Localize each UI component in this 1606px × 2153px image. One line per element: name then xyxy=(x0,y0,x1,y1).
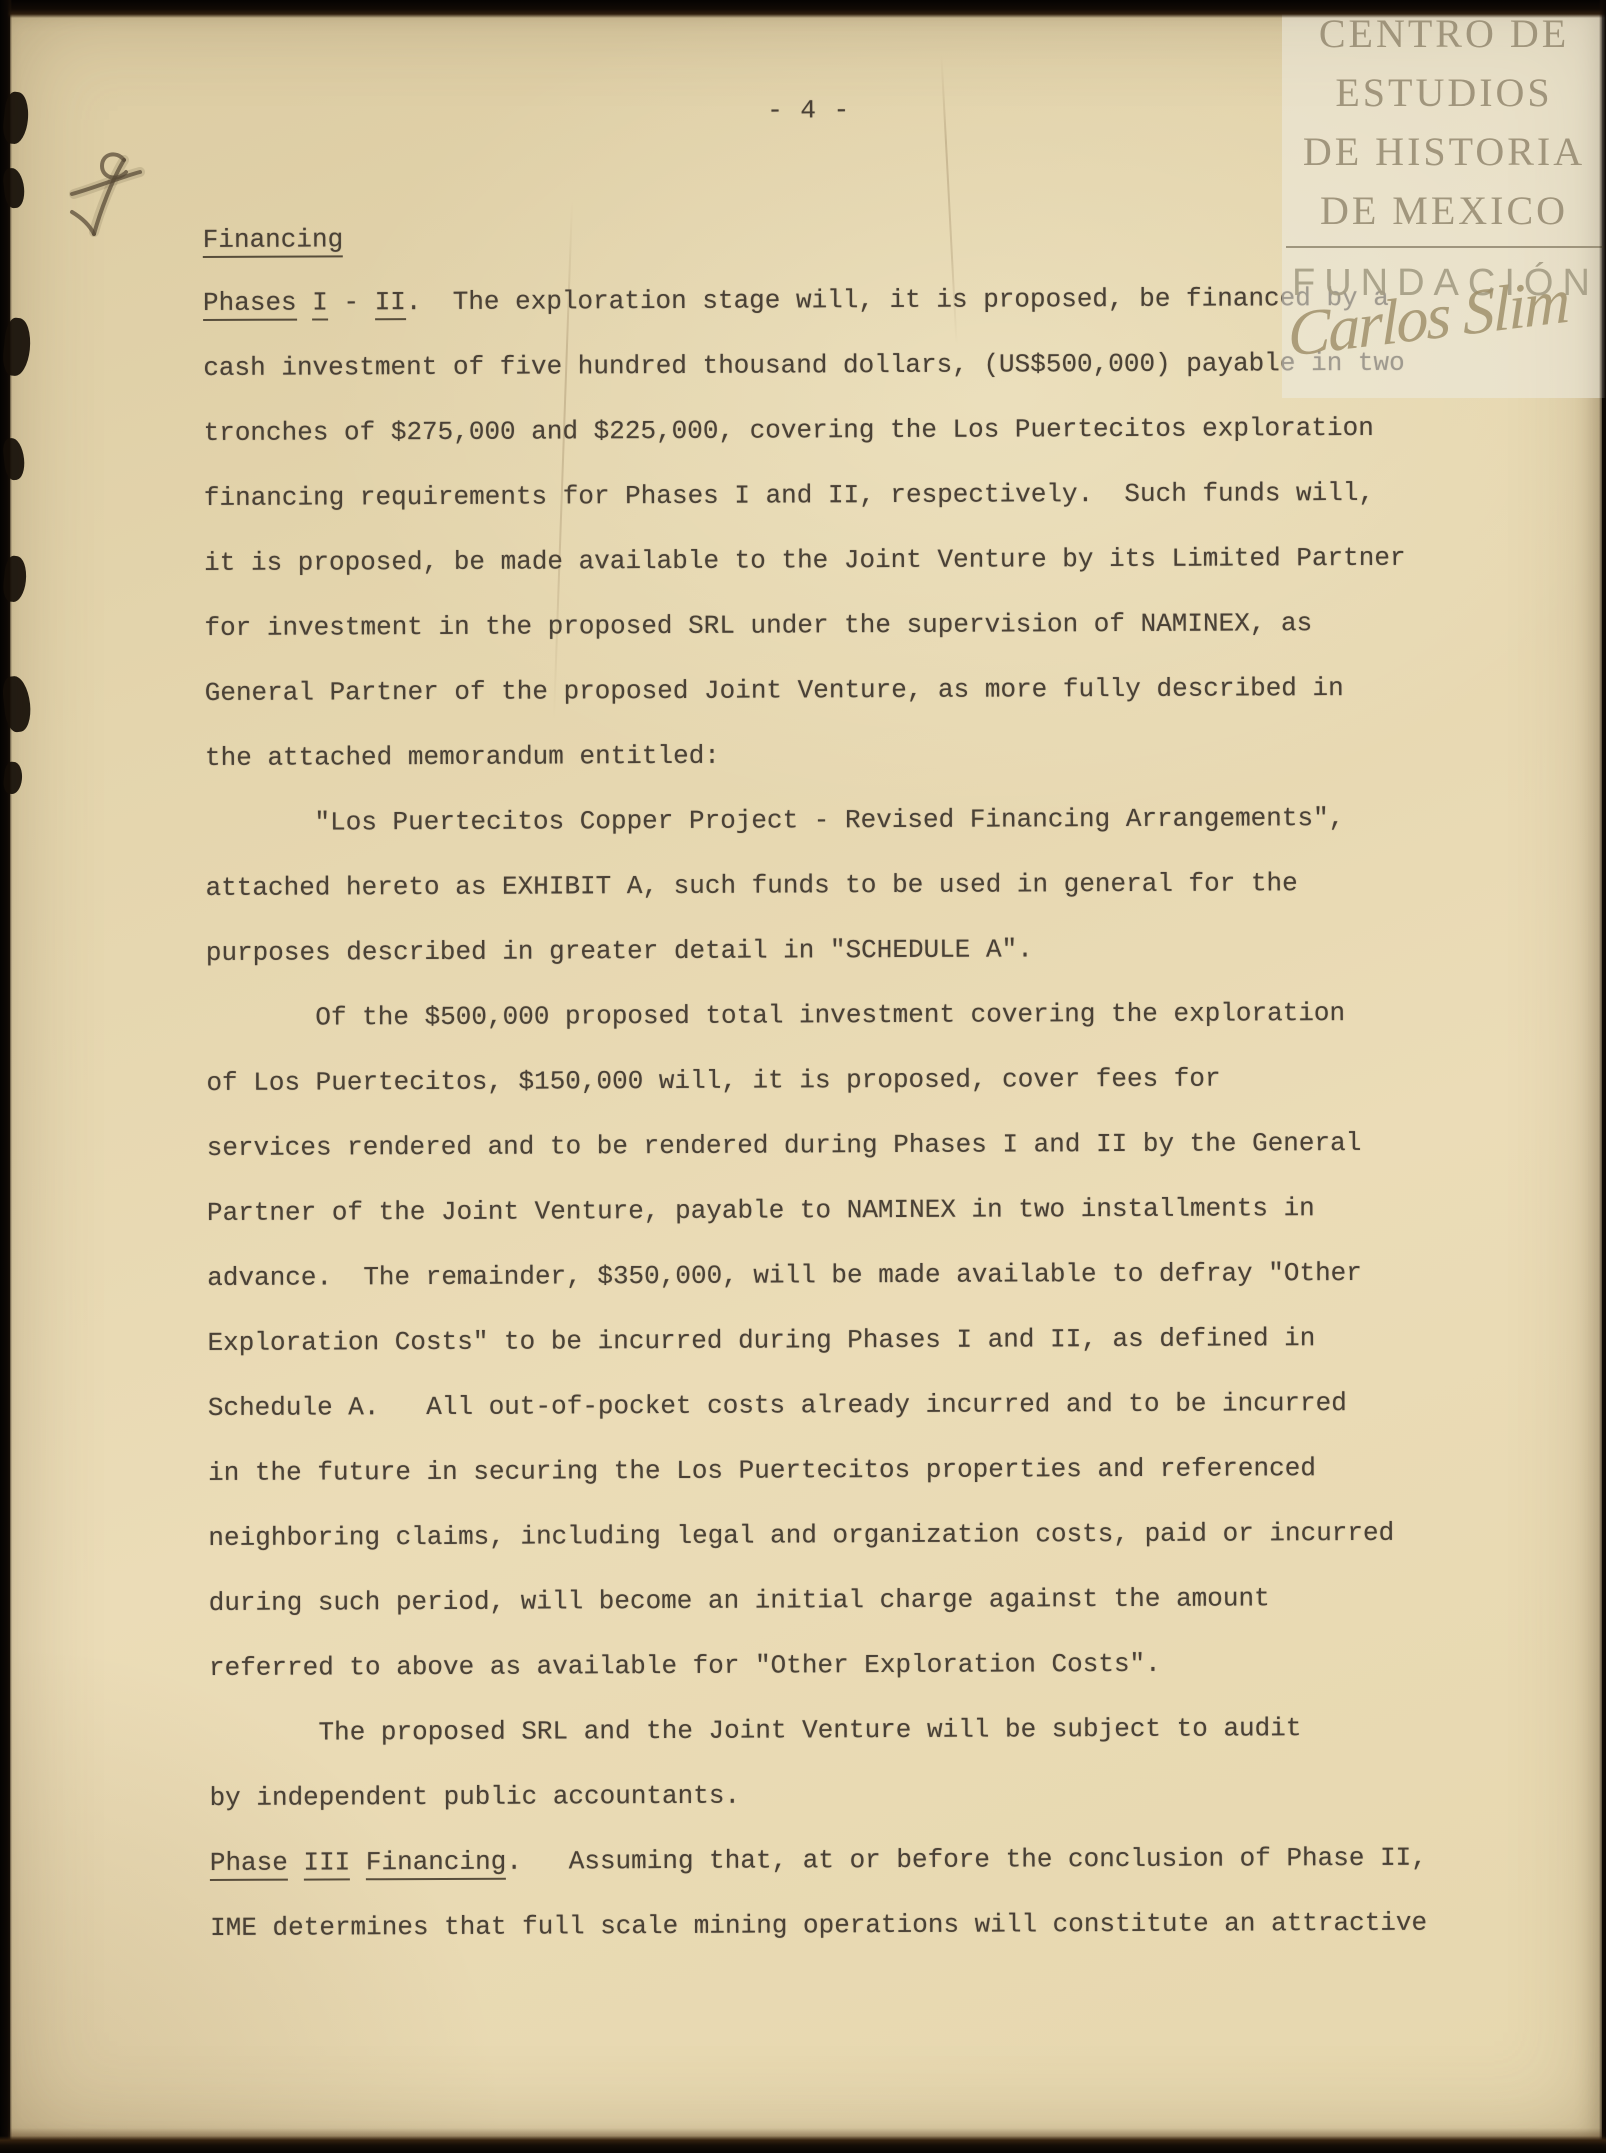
body-line: tronches of $275,000 and $225,000, cover… xyxy=(204,412,1484,483)
text-segment xyxy=(297,288,313,318)
scan-edge-top xyxy=(0,0,1606,18)
scan-edge-bottom xyxy=(0,2136,1606,2153)
binding-blob xyxy=(2,437,26,481)
body-line: for investment in the proposed SRL under… xyxy=(204,607,1484,678)
text-segment: "Los Puertecitos Copper Project - Revise… xyxy=(205,803,1344,838)
body-lines: Phases I - II. The exploration stage wil… xyxy=(203,282,1490,1978)
text-segment: for investment in the proposed SRL under… xyxy=(204,608,1312,643)
text-segment: in the future in securing the Los Puerte… xyxy=(208,1453,1316,1488)
text-segment: neighboring claims, including legal and … xyxy=(208,1518,1394,1553)
body-line: "Los Puertecitos Copper Project - Revise… xyxy=(205,802,1485,873)
body-line: Phase III Financing. Assuming that, at o… xyxy=(210,1842,1490,1913)
body-line: IME determines that full scale mining op… xyxy=(210,1907,1490,1978)
text-segment: Of the $500,000 proposed total investmen… xyxy=(206,998,1345,1033)
text-segment: . The exploration stage will, it is prop… xyxy=(406,283,1389,317)
body-line: it is proposed, be made available to the… xyxy=(204,542,1484,613)
scan-edge-right xyxy=(1599,0,1606,2153)
text-segment: financing requirements for Phases I and … xyxy=(204,478,1374,513)
text-segment: II xyxy=(375,287,406,320)
text-segment: I xyxy=(312,287,328,320)
body-line: Schedule A. All out-of-pocket costs alre… xyxy=(208,1387,1488,1458)
body-line: General Partner of the proposed Joint Ve… xyxy=(205,672,1485,743)
text-segment: - xyxy=(328,287,375,317)
body-line: the attached memorandum entitled: xyxy=(205,737,1485,808)
body-line: The proposed SRL and the Joint Venture w… xyxy=(209,1712,1489,1783)
text-segment: Phases xyxy=(203,288,297,321)
binding-blob xyxy=(2,555,29,603)
body-line: neighboring claims, including legal and … xyxy=(208,1517,1488,1588)
text-segment: Phase xyxy=(210,1848,288,1881)
watermark-divider xyxy=(1286,246,1606,248)
binding-blob xyxy=(2,761,23,795)
text-segment: tronches of $275,000 and $225,000, cover… xyxy=(204,413,1374,448)
text-segment: during such period, will become an initi… xyxy=(209,1583,1270,1618)
body-line: Of the $500,000 proposed total investmen… xyxy=(206,997,1486,1068)
watermark-line: DE MEXICO xyxy=(1282,187,1606,234)
binding-blob xyxy=(1,91,30,145)
text-segment: attached hereto as EXHIBIT A, such funds… xyxy=(206,868,1298,903)
watermark-panel: CENTRO DEESTUDIOSDE HISTORIADE MEXICO FU… xyxy=(1282,0,1606,398)
page-number: - 4 - xyxy=(767,95,850,125)
text-segment: . Assuming that, at or before the conclu… xyxy=(506,1843,1427,1877)
text-segment xyxy=(350,1847,366,1877)
body-line: of Los Puertecitos, $150,000 will, it is… xyxy=(206,1062,1486,1133)
text-segment: Schedule A. All out-of-pocket costs alre… xyxy=(208,1388,1347,1423)
body-line: attached hereto as EXHIBIT A, such funds… xyxy=(206,867,1486,938)
body-line: services rendered and to be rendered dur… xyxy=(207,1127,1487,1198)
section-heading: Financing xyxy=(203,224,344,255)
text-segment xyxy=(288,1848,304,1878)
text-segment: it is proposed, be made available to the… xyxy=(204,543,1406,578)
body-line: advance. The remainder, $350,000, will b… xyxy=(207,1257,1487,1328)
section-heading-label: Financing xyxy=(203,224,344,258)
text-segment: services rendered and to be rendered dur… xyxy=(207,1128,1362,1163)
body-line: financing requirements for Phases I and … xyxy=(204,477,1484,548)
body-line: purposes described in greater detail in … xyxy=(206,932,1486,1003)
body-line: referred to above as available for "Othe… xyxy=(209,1647,1489,1718)
body-line: in the future in securing the Los Puerte… xyxy=(208,1452,1488,1523)
text-segment: the attached memorandum entitled: xyxy=(205,741,720,773)
text-segment: The proposed SRL and the Joint Venture w… xyxy=(209,1713,1301,1748)
body-line: Exploration Costs" to be incurred during… xyxy=(207,1322,1487,1393)
binding-marks xyxy=(0,0,46,2153)
text-segment: of Los Puertecitos, $150,000 will, it is… xyxy=(206,1064,1220,1098)
watermark-line: DE HISTORIA xyxy=(1282,128,1606,175)
text-segment: cash investment of five hundred thousand… xyxy=(203,348,1405,383)
text-segment: III xyxy=(303,1847,350,1880)
binding-blob xyxy=(1,317,33,377)
watermark-line: ESTUDIOS xyxy=(1282,69,1606,116)
body-line: by independent public accountants. xyxy=(209,1777,1489,1848)
body-line: Partner of the Joint Venture, payable to… xyxy=(207,1192,1487,1263)
text-segment: purposes described in greater detail in … xyxy=(206,934,1033,968)
binding-blob xyxy=(2,167,26,209)
text-segment: Partner of the Joint Venture, payable to… xyxy=(207,1193,1315,1228)
text-segment: by independent public accountants. xyxy=(209,1781,740,1813)
text-segment: Financing xyxy=(366,1847,507,1881)
text-segment: Exploration Costs" to be incurred during… xyxy=(207,1323,1315,1358)
text-segment: IME determines that full scale mining op… xyxy=(210,1908,1427,1943)
handwritten-mark xyxy=(60,128,170,253)
scanned-document: - 4 - Financing Phases I - II. The explo… xyxy=(0,0,1606,2153)
body-line: during such period, will become an initi… xyxy=(209,1582,1489,1653)
text-segment: General Partner of the proposed Joint Ve… xyxy=(205,673,1344,708)
text-segment: referred to above as available for "Othe… xyxy=(209,1649,1161,1683)
binding-blob xyxy=(1,675,33,733)
text-segment: advance. The remainder, $350,000, will b… xyxy=(207,1258,1362,1293)
